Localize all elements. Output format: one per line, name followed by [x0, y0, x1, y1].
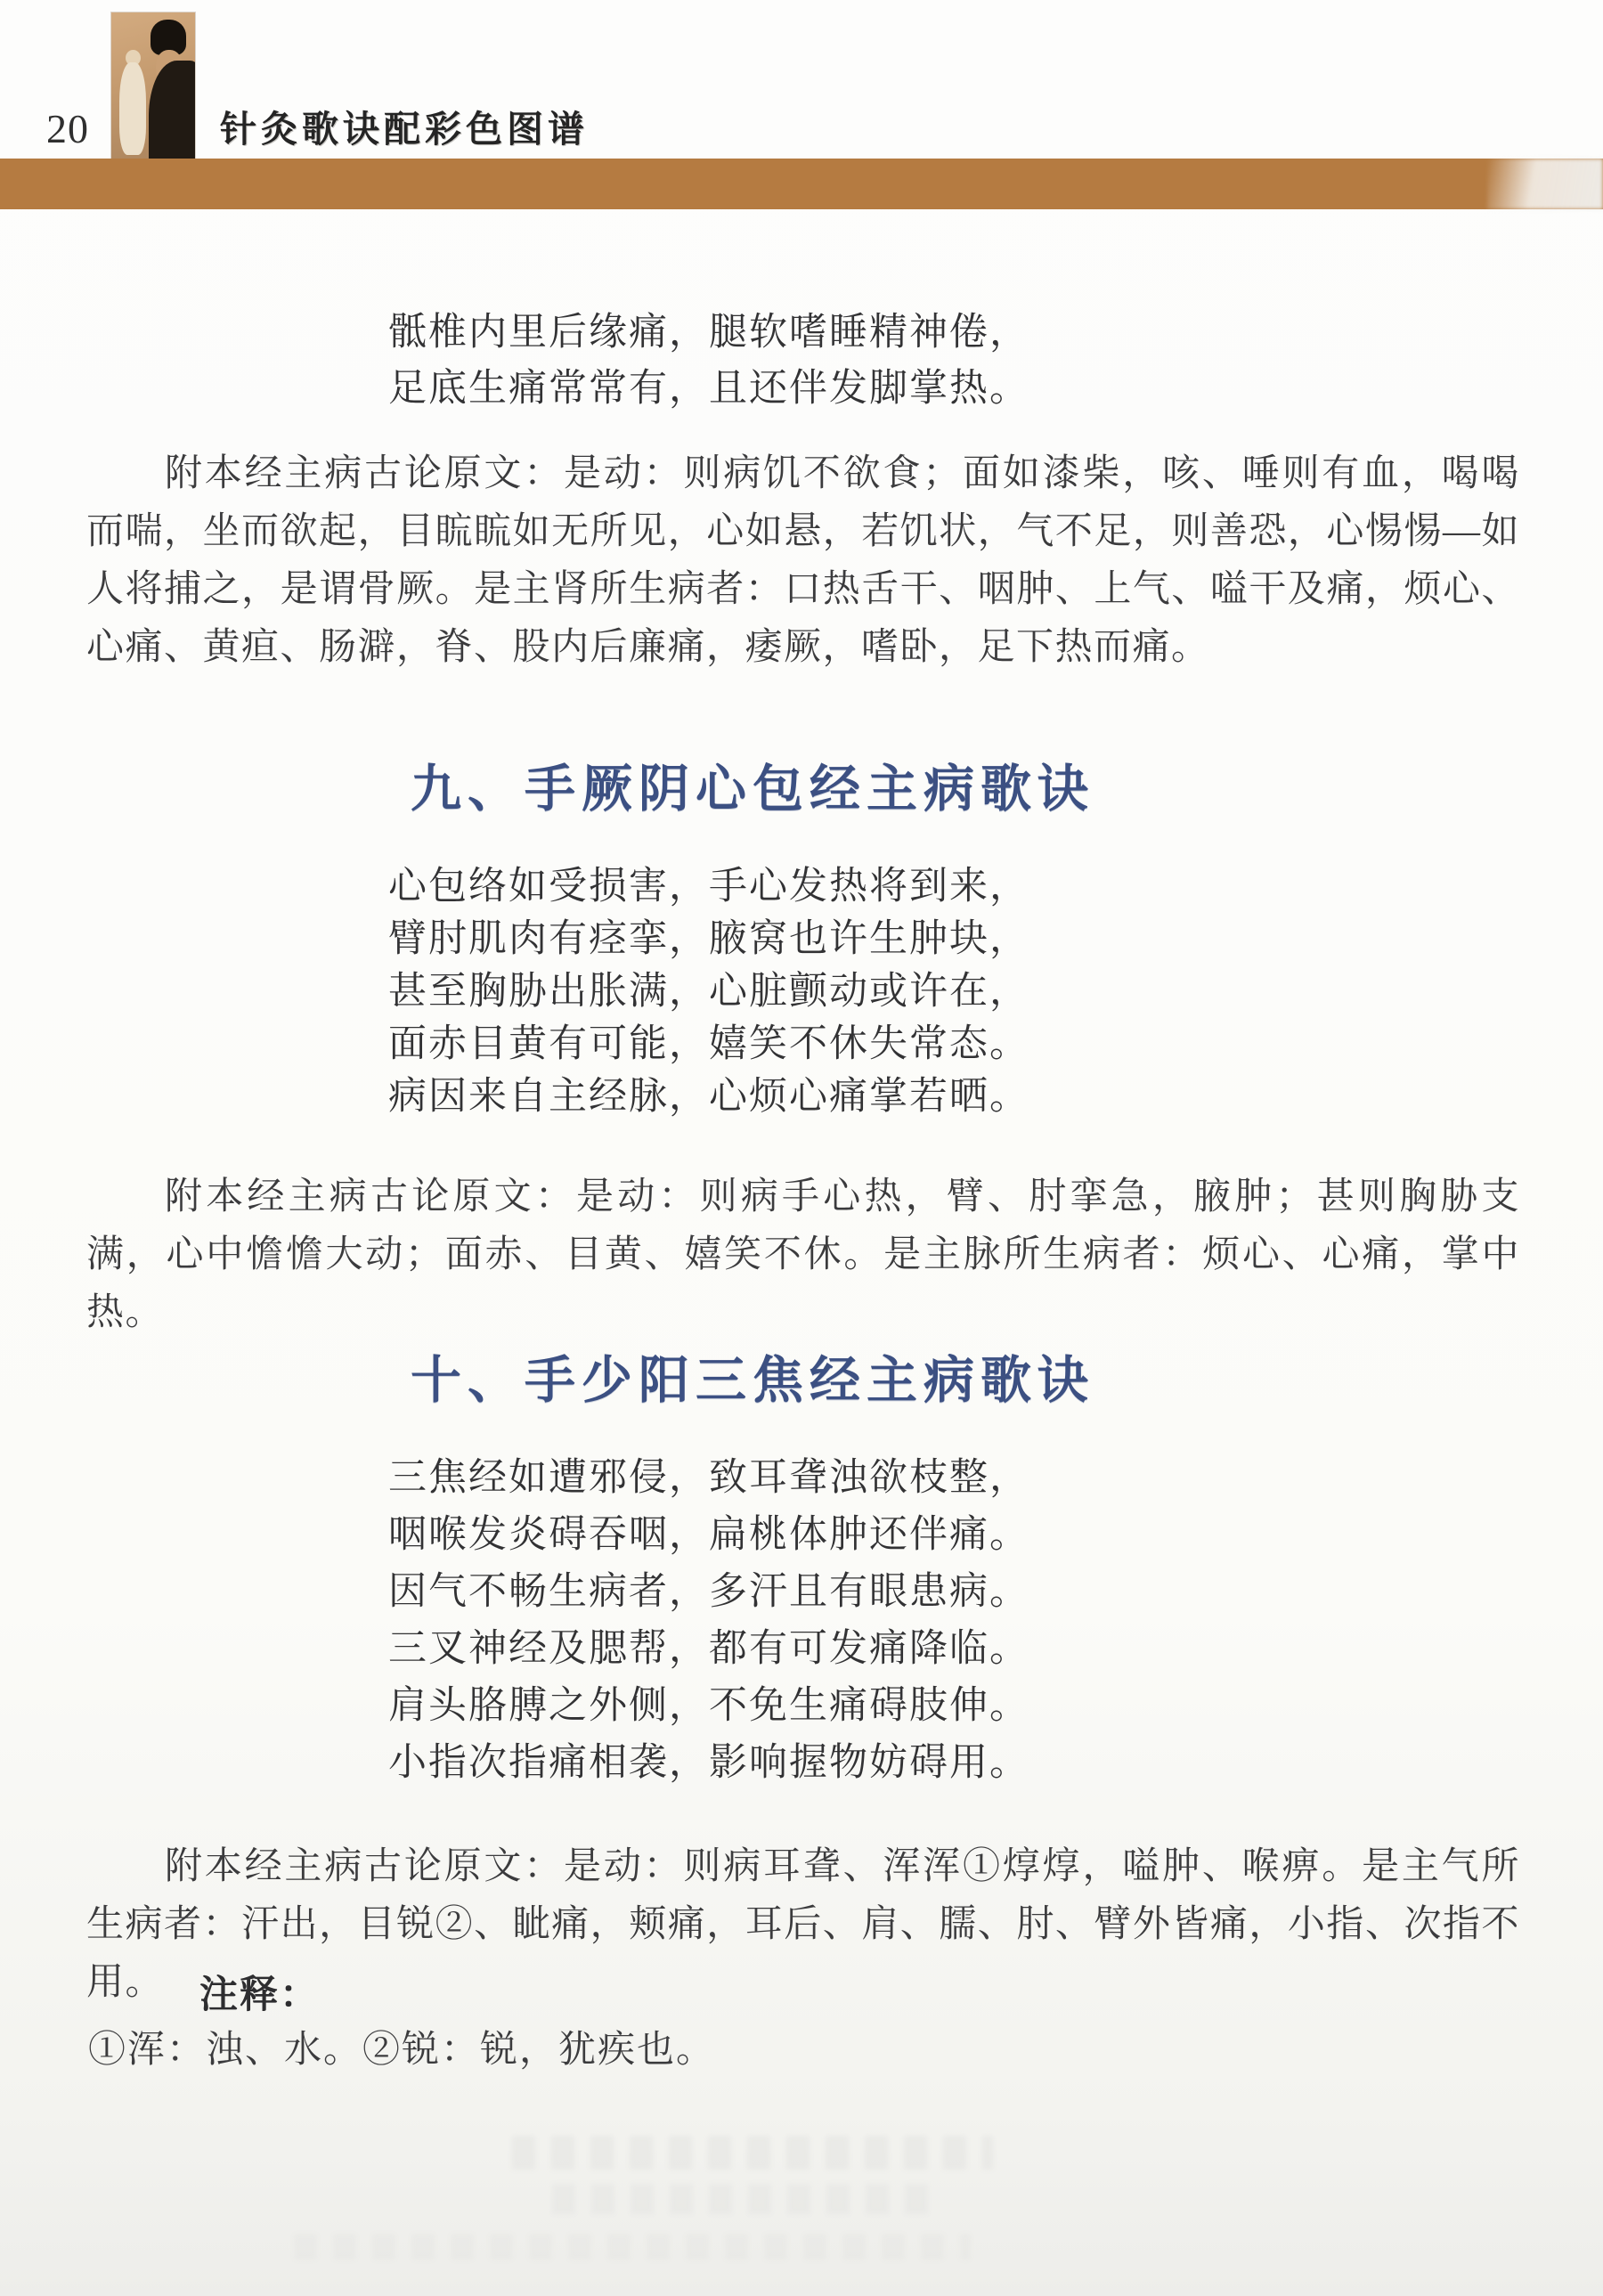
page-bleed-artifact	[512, 2136, 993, 2170]
verse-line: 肩头胳膊之外侧，不免生痛碍肢伸。	[388, 1678, 1029, 1735]
verse-line: 甚至胸胁出胀满，心脏颤动或许在，	[388, 965, 1029, 1018]
verse-line: 臂肘肌肉有痉挛，腋窝也许生肿块，	[388, 913, 1029, 965]
book-page: 20 针灸歌诀配彩色图谱 骶椎内里后缘痛，腿软嗜睡精神倦， 足底生痛常常有，且还…	[0, 0, 1603, 2296]
verse-line: 咽喉发炎碍吞咽，扁桃体肿还伴痛。	[388, 1507, 1029, 1564]
section-ten-verse: 三焦经如遭邪侵，致耳聋浊欲枝整， 咽喉发炎碍吞咽，扁桃体肿还伴痛。 因气不畅生病…	[388, 1450, 1029, 1792]
section-nine-classical-paragraph: 附本经主病古论原文：是动：则病手心热，臂、肘挛急，腋肿；甚则胸胁支满，心中憺憺大…	[86, 1168, 1520, 1342]
verse-line: 三焦经如遭邪侵，致耳聋浊欲枝整，	[388, 1450, 1029, 1507]
notes-label: 注释：	[199, 1965, 320, 2019]
band-worn-smudge	[1487, 159, 1603, 209]
verse-line: 足底生痛常常有，且还伴发脚掌热。	[388, 361, 1029, 417]
verse-line: 因气不畅生病者，多汗且有眼患病。	[388, 1564, 1029, 1621]
book-title: 针灸歌诀配彩色图谱	[220, 100, 589, 152]
portrait-small-figure	[119, 62, 146, 155]
section-nine-verse: 心包络如受损害，手心发热将到来， 臂肘肌肉有痉挛，腋窝也许生肿块， 甚至胸胁出胀…	[388, 860, 1029, 1123]
intro-verse: 骶椎内里后缘痛，腿软嗜睡精神倦， 足底生痛常常有，且还伴发脚掌热。	[388, 305, 1029, 417]
verse-line: 病因来自主经脉，心烦心痛掌若晒。	[388, 1071, 1029, 1123]
verse-line: 小指次指痛相袭，影响握物妨碍用。	[388, 1735, 1029, 1792]
page-number: 20	[46, 105, 89, 152]
verse-line: 骶椎内里后缘痛，腿软嗜睡精神倦，	[388, 305, 1029, 361]
section-nine-heading: 九、手厥阴心包经主病歌诀	[218, 748, 1287, 821]
portrait-robe	[149, 61, 195, 166]
verse-line: 心包络如受损害，手心发热将到来，	[388, 860, 1029, 913]
page-bleed-artifact	[294, 2234, 971, 2260]
header-brown-band	[0, 159, 1603, 209]
verse-line: 面赤目黄有可能，嬉笑不休失常态。	[388, 1018, 1029, 1071]
section-ten-heading: 十、手少阳三焦经主病歌诀	[218, 1339, 1287, 1413]
verse-line: 三叉神经及腮帮，都有可发痛降临。	[388, 1621, 1029, 1678]
page-bleed-artifact	[552, 2184, 935, 2214]
notes-line: ①浑：浊、水。②锐：锐，犹疾也。	[88, 2020, 715, 2073]
header-portrait-painting	[111, 12, 195, 166]
kidney-classical-paragraph: 附本经主病古论原文：是动：则病饥不欲食；面如漆柴，咳、唾则有血，喝喝而喘，坐而欲…	[86, 445, 1520, 677]
